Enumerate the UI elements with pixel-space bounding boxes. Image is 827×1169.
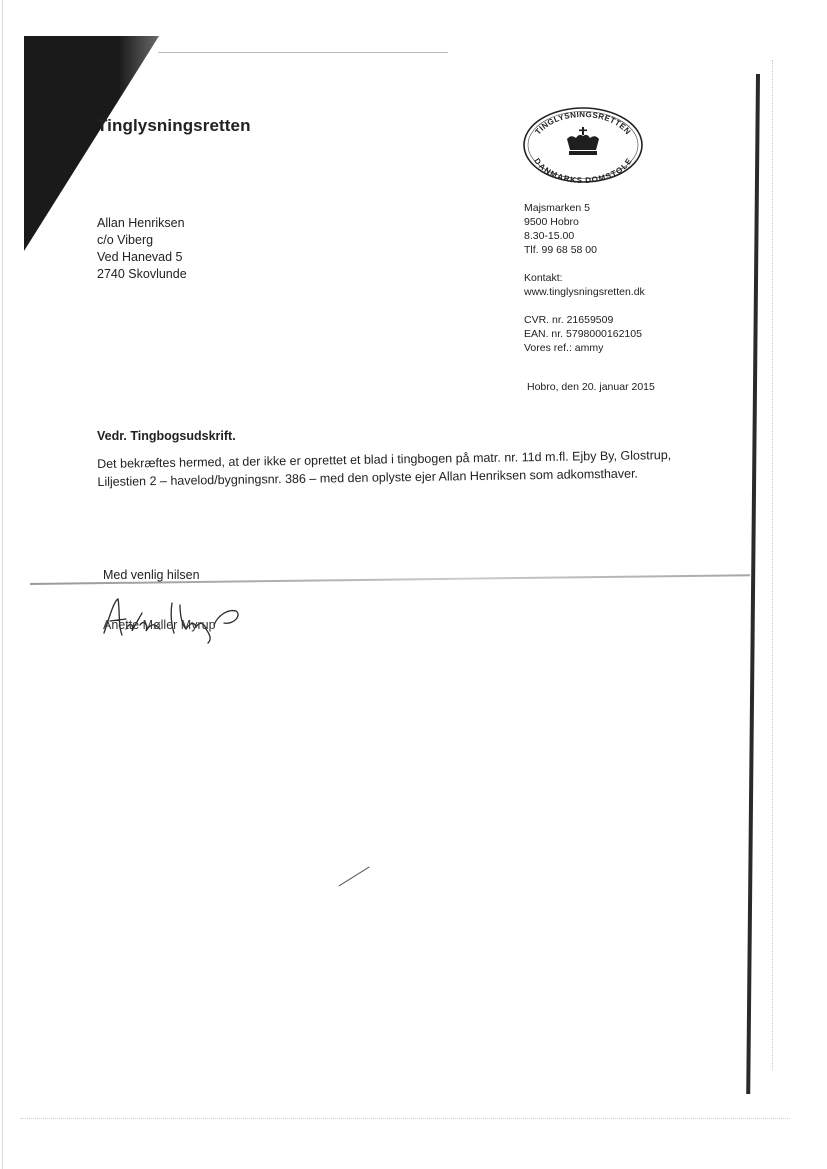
recipient-line: c/o Viberg [97, 232, 187, 249]
recipient-line: Ved Hanevad 5 [97, 249, 187, 266]
website-link[interactable]: www.tinglysningsretten.dk [524, 285, 645, 299]
letter-body: Det bekræftes hermed, at der ikke er opr… [97, 446, 697, 491]
letter-date: Hobro, den 20. januar 2015 [527, 381, 655, 393]
sender-address-line: 9500 Hobro [524, 215, 645, 229]
sender-details: Majsmarken 5 9500 Hobro 8.30-15.00 Tlf. … [524, 201, 645, 355]
top-rule [158, 52, 448, 53]
page-edge-line [746, 74, 760, 1094]
ean-number: EAN. nr. 5798000162105 [524, 327, 645, 341]
scanned-letter: Tinglysningsretten TINGLYSNINGSRETTEN DA… [0, 0, 827, 1169]
letter-subject: Vedr. Tingbogsudskrift. [97, 429, 236, 443]
court-seal: TINGLYSNINGSRETTEN DANMARKS DOMSTOLE [521, 105, 645, 185]
cvr-number: CVR. nr. 21659509 [524, 313, 645, 327]
svg-text:DANMARKS DOMSTOLE: DANMARKS DOMSTOLE [532, 156, 634, 185]
stray-mark [338, 867, 369, 887]
scan-edge [2, 0, 3, 1169]
crown-icon [567, 127, 599, 155]
recipient-address: Allan Henriksen c/o Viberg Ved Hanevad 5… [97, 215, 187, 283]
scan-noise [772, 60, 774, 1070]
signer-name: Anette Møller Myrup [103, 618, 216, 632]
recipient-line: 2740 Skovlunde [97, 266, 187, 283]
scan-noise [20, 1118, 790, 1120]
reference: Vores ref.: ammy [524, 341, 645, 355]
recipient-line: Allan Henriksen [97, 215, 187, 232]
sender-address-line: Majsmarken 5 [524, 201, 645, 215]
organization-name: Tinglysningsretten [97, 116, 251, 136]
closing-salutation: Med venlig hilsen [103, 568, 200, 582]
sender-phone: Tlf. 99 68 58 00 [524, 243, 645, 257]
contact-label: Kontakt: [524, 271, 645, 285]
sender-hours: 8.30-15.00 [524, 229, 645, 243]
